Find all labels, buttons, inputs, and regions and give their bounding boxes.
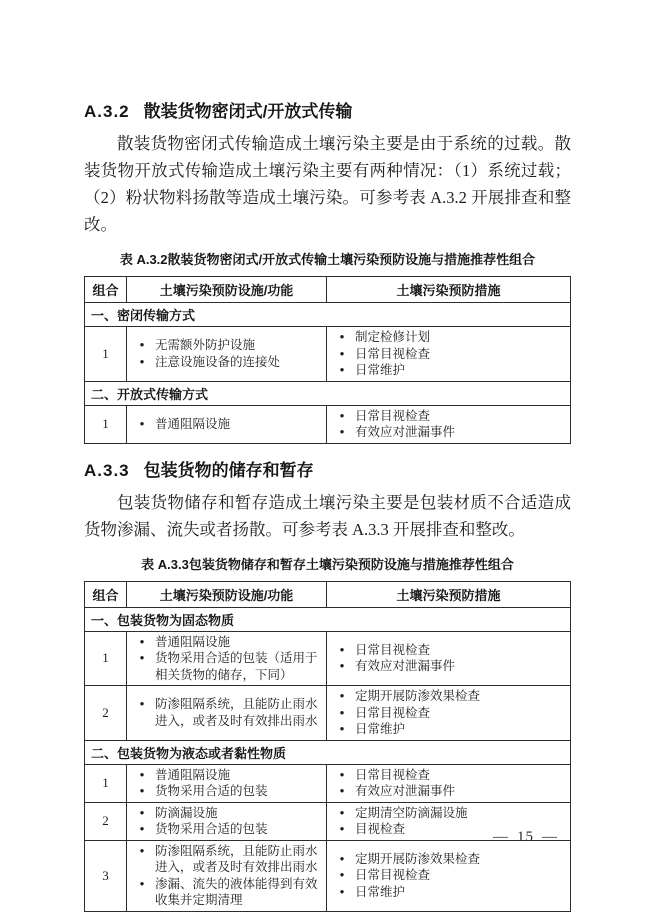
bullet-icon: ●	[329, 867, 355, 884]
cell-facilities: ●普通阻隔设施●货物采用合适的包装	[127, 764, 327, 802]
item-text: 普通阻隔设施	[155, 416, 324, 433]
bullet-icon: ●	[329, 851, 355, 868]
bullet-icon: ●	[129, 767, 155, 784]
table-group-row: 二、包装货物为液态或者黏性物质	[85, 740, 571, 764]
column-header: 土壤污染预防设施/功能	[127, 277, 327, 303]
cell-facilities: ●防滴漏设施●货物采用合适的包装	[127, 802, 327, 840]
item-text: 防渗阻隔系统，且能防止雨水进入，或者及时有效排出雨水	[155, 843, 324, 876]
table-header-row: 组合土壤污染预防设施/功能土壤污染预防措施	[85, 277, 571, 303]
bullet-icon: ●	[329, 721, 355, 738]
footer-left-dash: —	[493, 829, 509, 845]
page-number-footer: —15—	[476, 812, 567, 846]
table-row: 1●普通阻隔设施●货物采用合适的包装●日常目视检查●有效应对泄漏事件	[85, 764, 571, 802]
bullet-icon: ●	[329, 805, 355, 822]
section-title: 包装货物的储存和暂存	[144, 461, 314, 480]
measure-item: ●日常目视检查	[329, 705, 568, 722]
measure-item: ●日常目视检查	[329, 867, 568, 884]
cell-facilities: ●防渗阻隔系统，且能防止雨水进入，或者及时有效排出雨水	[127, 686, 327, 741]
item-text: 有效应对泄漏事件	[355, 424, 568, 441]
bullet-icon: ●	[329, 346, 355, 363]
cell-facilities: ●防渗阻隔系统，且能防止雨水进入，或者及时有效排出雨水●渗漏、流失的液体能得到有…	[127, 840, 327, 911]
bullet-icon: ●	[129, 696, 155, 729]
item-text: 货物采用合适的包装（适用于相关货物的储存，下同）	[155, 650, 324, 683]
table-body: 一、包装货物为固态物质1●普通阻隔设施●货物采用合适的包装（适用于相关货物的储存…	[85, 607, 571, 911]
facility-item: ●防渗阻隔系统，且能防止雨水进入，或者及时有效排出雨水	[129, 843, 324, 876]
measure-item: ●日常维护	[329, 362, 568, 379]
item-text: 定期开展防渗效果检查	[355, 851, 568, 868]
table-row: 3●防渗阻隔系统，且能防止雨水进入，或者及时有效排出雨水●渗漏、流失的液体能得到…	[85, 840, 571, 911]
item-text: 制定检修计划	[355, 329, 568, 346]
facility-item: ●无需额外防护设施	[129, 337, 324, 354]
table-row: 1●普通阻隔设施●日常目视检查●有效应对泄漏事件	[85, 405, 571, 443]
measure-item: ●日常维护	[329, 884, 568, 901]
bullet-icon: ●	[329, 821, 355, 838]
item-text: 普通阻隔设施	[155, 634, 324, 651]
bullet-icon: ●	[129, 650, 155, 683]
cell-measures: ●制定检修计划●日常目视检查●日常维护	[327, 327, 571, 382]
item-text: 注意设施设备的连接处	[155, 354, 324, 371]
section-paragraph: 散装货物密闭式传输造成土壤污染主要是由于系统的过载。散装货物开放式传输造成土壤污…	[84, 130, 571, 238]
bullet-icon: ●	[329, 767, 355, 784]
measure-item: ●有效应对泄漏事件	[329, 783, 568, 800]
cell-measures: ●定期开展防渗效果检查●日常目视检查●日常维护	[327, 686, 571, 741]
table-caption-label: 表 A.3.3	[141, 557, 189, 572]
recommendation-table-a32: 组合土壤污染预防设施/功能土壤污染预防措施一、密闭传输方式1●无需额外防护设施●…	[84, 276, 571, 444]
measure-item: ●定期开展防渗效果检查	[329, 851, 568, 868]
bullet-icon: ●	[129, 821, 155, 838]
combo-number: 1	[85, 764, 127, 802]
bullet-icon: ●	[329, 408, 355, 425]
table-row: 2●防渗阻隔系统，且能防止雨水进入，或者及时有效排出雨水●定期开展防渗效果检查●…	[85, 686, 571, 741]
bullet-icon: ●	[329, 688, 355, 705]
cell-facilities: ●普通阻隔设施●货物采用合适的包装（适用于相关货物的储存，下同）	[127, 631, 327, 686]
table-caption: 表 A.3.3包装货物储存和暂存土壤污染预防设施与措施推荐性组合	[84, 556, 571, 574]
bullet-icon: ●	[129, 354, 155, 371]
combo-number: 2	[85, 802, 127, 840]
combo-number: 3	[85, 840, 127, 911]
item-text: 日常目视检查	[355, 642, 568, 659]
table-row: 1●普通阻隔设施●货物采用合适的包装（适用于相关货物的储存，下同）●日常目视检查…	[85, 631, 571, 686]
page-content: A.3.2散装货物密闭式/开放式传输 散装货物密闭式传输造成土壤污染主要是由于系…	[84, 0, 571, 912]
facility-item: ●货物采用合适的包装	[129, 783, 324, 800]
section-number: A.3.3	[84, 461, 130, 480]
cell-facilities: ●无需额外防护设施●注意设施设备的连接处	[127, 327, 327, 382]
item-text: 日常维护	[355, 884, 568, 901]
table-group-row: 一、包装货物为固态物质	[85, 607, 571, 631]
bullet-icon: ●	[129, 805, 155, 822]
bullet-icon: ●	[329, 658, 355, 675]
measure-item: ●有效应对泄漏事件	[329, 424, 568, 441]
cell-measures: ●日常目视检查●有效应对泄漏事件	[327, 764, 571, 802]
combo-number: 1	[85, 405, 127, 443]
cell-measures: ●日常目视检查●有效应对泄漏事件	[327, 405, 571, 443]
group-title: 一、密闭传输方式	[85, 303, 571, 327]
measure-item: ●日常维护	[329, 721, 568, 738]
table-caption-title: 包装货物储存和暂存土壤污染预防设施与措施推荐性组合	[189, 557, 514, 572]
item-text: 有效应对泄漏事件	[355, 658, 568, 675]
item-text: 货物采用合适的包装	[155, 783, 324, 800]
bullet-icon: ●	[329, 424, 355, 441]
section-heading: A.3.3包装货物的储存和暂存	[84, 459, 571, 482]
measure-item: ●日常目视检查	[329, 767, 568, 784]
bullet-icon: ●	[329, 783, 355, 800]
facility-item: ●普通阻隔设施	[129, 634, 324, 651]
column-header: 土壤污染预防设施/功能	[127, 581, 327, 607]
item-text: 定期开展防渗效果检查	[355, 688, 568, 705]
bullet-icon: ●	[329, 329, 355, 346]
combo-number: 1	[85, 631, 127, 686]
section-a32: A.3.2散装货物密闭式/开放式传输 散装货物密闭式传输造成土壤污染主要是由于系…	[84, 0, 571, 444]
table-group-row: 二、开放式传输方式	[85, 381, 571, 405]
cell-facilities: ●普通阻隔设施	[127, 405, 327, 443]
item-text: 日常目视检查	[355, 408, 568, 425]
facility-item: ●货物采用合适的包装（适用于相关货物的储存，下同）	[129, 650, 324, 683]
bullet-icon: ●	[129, 783, 155, 800]
recommendation-table-a33: 组合土壤污染预防设施/功能土壤污染预防措施一、包装货物为固态物质1●普通阻隔设施…	[84, 581, 571, 912]
facility-item: ●渗漏、流失的液体能得到有效收集并定期清理	[129, 876, 324, 909]
table-head: 组合土壤污染预防设施/功能土壤污染预防措施	[85, 277, 571, 303]
cell-measures: ●日常目视检查●有效应对泄漏事件	[327, 631, 571, 686]
item-text: 渗漏、流失的液体能得到有效收集并定期清理	[155, 876, 324, 909]
table-header-row: 组合土壤污染预防设施/功能土壤污染预防措施	[85, 581, 571, 607]
footer-right-dash: —	[542, 829, 558, 845]
measure-item: ●制定检修计划	[329, 329, 568, 346]
facility-item: ●注意设施设备的连接处	[129, 354, 324, 371]
measure-item: ●日常目视检查	[329, 642, 568, 659]
group-title: 一、包装货物为固态物质	[85, 607, 571, 631]
bullet-icon: ●	[129, 876, 155, 909]
table-group-row: 一、密闭传输方式	[85, 303, 571, 327]
bullet-icon: ●	[329, 642, 355, 659]
section-title: 散装货物密闭式/开放式传输	[144, 102, 353, 121]
column-header: 土壤污染预防措施	[327, 581, 571, 607]
column-header: 组合	[85, 277, 127, 303]
table-head: 组合土壤污染预防设施/功能土壤污染预防措施	[85, 581, 571, 607]
facility-item: ●防渗阻隔系统，且能防止雨水进入，或者及时有效排出雨水	[129, 696, 324, 729]
item-text: 有效应对泄漏事件	[355, 783, 568, 800]
bullet-icon: ●	[129, 416, 155, 433]
table-body: 一、密闭传输方式1●无需额外防护设施●注意设施设备的连接处●制定检修计划●日常目…	[85, 303, 571, 444]
table-row: 1●无需额外防护设施●注意设施设备的连接处●制定检修计划●日常目视检查●日常维护	[85, 327, 571, 382]
item-text: 防渗阻隔系统，且能防止雨水进入，或者及时有效排出雨水	[155, 696, 324, 729]
bullet-icon: ●	[129, 337, 155, 354]
measure-item: ●日常目视检查	[329, 346, 568, 363]
bullet-icon: ●	[329, 884, 355, 901]
facility-item: ●普通阻隔设施	[129, 416, 324, 433]
group-title: 二、开放式传输方式	[85, 381, 571, 405]
table-caption-label: 表 A.3.2	[120, 252, 168, 267]
bullet-icon: ●	[129, 634, 155, 651]
item-text: 防滴漏设施	[155, 805, 324, 822]
facility-item: ●货物采用合适的包装	[129, 821, 324, 838]
section-number: A.3.2	[84, 102, 130, 121]
bullet-icon: ●	[329, 705, 355, 722]
facility-item: ●防滴漏设施	[129, 805, 324, 822]
measure-item: ●有效应对泄漏事件	[329, 658, 568, 675]
section-paragraph: 包装货物储存和暂存造成土壤污染主要是包装材质不合适造成货物渗漏、流失或者扬散。可…	[84, 489, 571, 543]
column-header: 组合	[85, 581, 127, 607]
item-text: 日常目视检查	[355, 346, 568, 363]
combo-number: 1	[85, 327, 127, 382]
section-heading: A.3.2散装货物密闭式/开放式传输	[84, 0, 571, 123]
bullet-icon: ●	[129, 843, 155, 876]
item-text: 日常维护	[355, 721, 568, 738]
item-text: 无需额外防护设施	[155, 337, 324, 354]
combo-number: 2	[85, 686, 127, 741]
item-text: 日常目视检查	[355, 767, 568, 784]
table-caption-title: 散装货物密闭式/开放式传输土壤污染预防设施与措施推荐性组合	[168, 252, 536, 267]
item-text: 日常目视检查	[355, 705, 568, 722]
item-text: 日常维护	[355, 362, 568, 379]
facility-item: ●普通阻隔设施	[129, 767, 324, 784]
item-text: 货物采用合适的包装	[155, 821, 324, 838]
item-text: 日常目视检查	[355, 867, 568, 884]
footer-page-number: 15	[517, 829, 534, 845]
cell-measures: ●定期开展防渗效果检查●日常目视检查●日常维护	[327, 840, 571, 911]
group-title: 二、包装货物为液态或者黏性物质	[85, 740, 571, 764]
measure-item: ●日常目视检查	[329, 408, 568, 425]
item-text: 普通阻隔设施	[155, 767, 324, 784]
measure-item: ●定期开展防渗效果检查	[329, 688, 568, 705]
column-header: 土壤污染预防措施	[327, 277, 571, 303]
bullet-icon: ●	[329, 362, 355, 379]
table-caption: 表 A.3.2散装货物密闭式/开放式传输土壤污染预防设施与措施推荐性组合	[84, 251, 571, 269]
